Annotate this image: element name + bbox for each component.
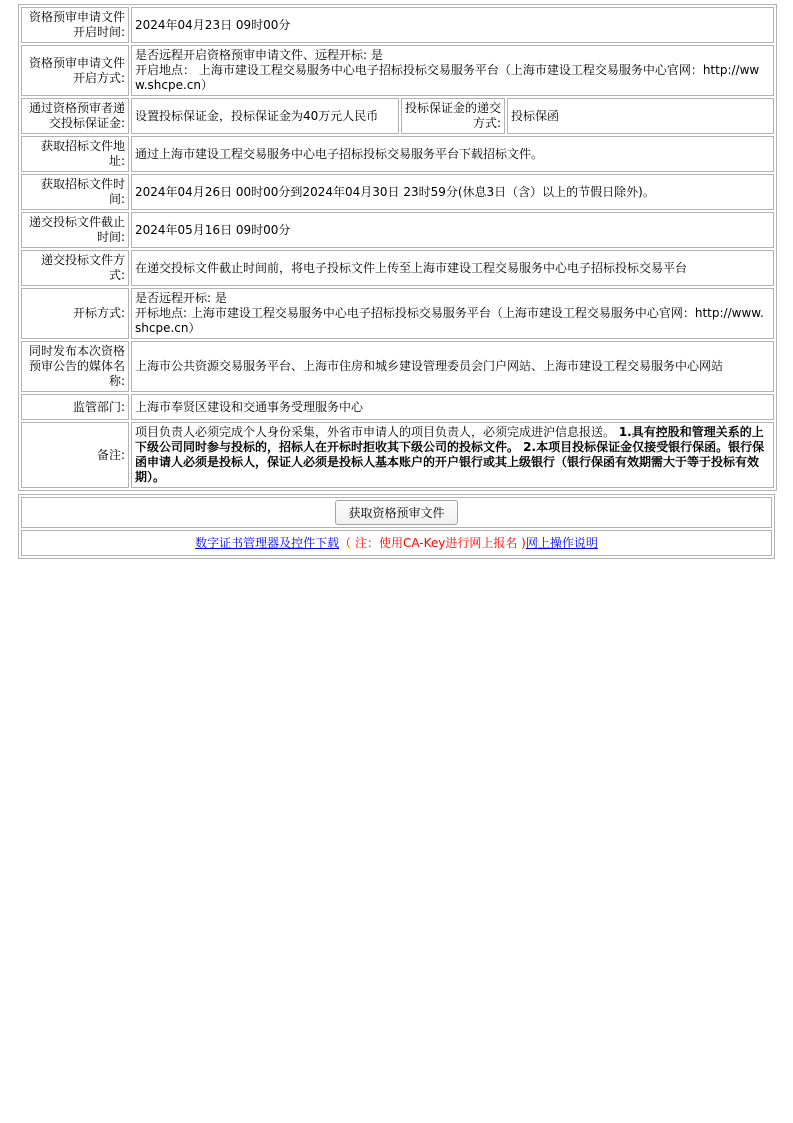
open-method-line-remote: 是否远程开启资格预审申请文件、远程开标: 是 xyxy=(135,48,770,63)
field-value-bond-method: 投标保函 xyxy=(507,98,774,134)
row-doc-address: 获取招标文件地址: 通过上海市建设工程交易服务中心电子招标投标交易服务平台下载招… xyxy=(21,136,774,172)
get-file-button-cell: 获取资格预审文件 xyxy=(21,497,772,528)
field-value-submit-method: 在递交投标文件截止时间前，将电子投标文件上传至上海市建设工程交易服务中心电子招标… xyxy=(131,250,774,286)
field-label-doc-time: 获取招标文件时间: xyxy=(21,174,129,210)
row-get-file-button: 获取资格预审文件 xyxy=(21,497,772,528)
row-submit-method: 递交投标文件方式: 在递交投标文件截止时间前，将电子投标文件上传至上海市建设工程… xyxy=(21,250,774,286)
remarks-normal-text: 项目负责人必须完成个人身份采集，外省市申请人的项目负责人，必须完成进沪信息报送。 xyxy=(135,425,619,439)
row-regulator: 监管部门: 上海市奉贤区建设和交通事务受理服务中心 xyxy=(21,394,774,420)
cert-manager-download-link[interactable]: 数字证书管理器及控件下载 xyxy=(195,536,339,550)
field-label-open-method: 资格预审申请文件开启方式: xyxy=(21,45,129,96)
prequalification-info-table: 资格预审申请文件开启时间: 2024年04月23日 09时00分 资格预审申请文… xyxy=(18,4,777,491)
field-label-doc-address: 获取招标文件地址: xyxy=(21,136,129,172)
field-value-bid-opening-method: 是否远程开标: 是 开标地点: 上海市建设工程交易服务中心电子招标投标交易服务平… xyxy=(131,288,774,339)
field-value-media: 上海市公共资源交易服务平台、上海市住房和城乡建设管理委员会门户网站、上海市建设工… xyxy=(131,341,774,392)
field-value-remarks: 项目负责人必须完成个人身份采集，外省市申请人的项目负责人，必须完成进沪信息报送。… xyxy=(131,422,774,488)
bid-opening-line-location: 开标地点: 上海市建设工程交易服务中心电子招标投标交易服务平台（上海市建设工程交… xyxy=(135,306,770,336)
field-value-doc-address: 通过上海市建设工程交易服务中心电子招标投标交易服务平台下载招标文件。 xyxy=(131,136,774,172)
field-label-bond-method: 投标保证金的递交方式: xyxy=(401,98,505,134)
row-remarks: 备注: 项目负责人必须完成个人身份采集，外省市申请人的项目负责人，必须完成进沪信… xyxy=(21,422,774,488)
online-guide-link[interactable]: 网上操作说明 xyxy=(526,536,598,550)
footer-links-cell: 数字证书管理器及控件下载（ 注：使用CA-Key进行网上报名 )网上操作说明 xyxy=(21,530,772,556)
field-value-open-time: 2024年04月23日 09时00分 xyxy=(131,7,774,43)
field-value-regulator: 上海市奉贤区建设和交通事务受理服务中心 xyxy=(131,394,774,420)
field-value-doc-time: 2024年04月26日 00时00分到2024年04月30日 23时59分(休息… xyxy=(131,174,774,210)
row-doc-time: 获取招标文件时间: 2024年04月26日 00时00分到2024年04月30日… xyxy=(21,174,774,210)
row-open-method: 资格预审申请文件开启方式: 是否远程开启资格预审申请文件、远程开标: 是 开启地… xyxy=(21,45,774,96)
row-open-time: 资格预审申请文件开启时间: 2024年04月23日 09时00分 xyxy=(21,7,774,43)
bid-opening-line-remote: 是否远程开标: 是 xyxy=(135,291,770,306)
open-method-line-location: 开启地点： 上海市建设工程交易服务中心电子招标投标交易服务平台（上海市建设工程交… xyxy=(135,63,770,93)
field-value-bid-bond: 设置投标保证金，投标保证金为40万元人民币 xyxy=(131,98,399,134)
footer-action-table: 获取资格预审文件 数字证书管理器及控件下载（ 注：使用CA-Key进行网上报名 … xyxy=(18,494,775,559)
field-label-regulator: 监管部门: xyxy=(21,394,129,420)
field-label-bid-bond: 通过资格预审者递交投标保证金: xyxy=(21,98,129,134)
page: 资格预审申请文件开启时间: 2024年04月23日 09时00分 资格预审申请文… xyxy=(0,0,793,1123)
row-bid-bond: 通过资格预审者递交投标保证金: 设置投标保证金，投标保证金为40万元人民币 投标… xyxy=(21,98,774,134)
row-footer-links: 数字证书管理器及控件下载（ 注：使用CA-Key进行网上报名 )网上操作说明 xyxy=(21,530,772,556)
field-value-submit-deadline: 2024年05月16日 09时00分 xyxy=(131,212,774,248)
field-value-open-method: 是否远程开启资格预审申请文件、远程开标: 是 开启地点： 上海市建设工程交易服务… xyxy=(131,45,774,96)
field-label-submit-deadline: 递交投标文件截止时间: xyxy=(21,212,129,248)
field-label-open-time: 资格预审申请文件开启时间: xyxy=(21,7,129,43)
row-bid-opening-method: 开标方式: 是否远程开标: 是 开标地点: 上海市建设工程交易服务中心电子招标投… xyxy=(21,288,774,339)
field-label-bid-opening-method: 开标方式: xyxy=(21,288,129,339)
row-media: 同时发布本次资格预审公告的媒体名称: 上海市公共资源交易服务平台、上海市住房和城… xyxy=(21,341,774,392)
field-label-media: 同时发布本次资格预审公告的媒体名称: xyxy=(21,341,129,392)
ca-key-note: （ 注：使用CA-Key进行网上报名 ) xyxy=(339,536,526,550)
field-label-submit-method: 递交投标文件方式: xyxy=(21,250,129,286)
row-submit-deadline: 递交投标文件截止时间: 2024年05月16日 09时00分 xyxy=(21,212,774,248)
field-label-remarks: 备注: xyxy=(21,422,129,488)
get-prequalification-file-button[interactable]: 获取资格预审文件 xyxy=(335,500,457,525)
